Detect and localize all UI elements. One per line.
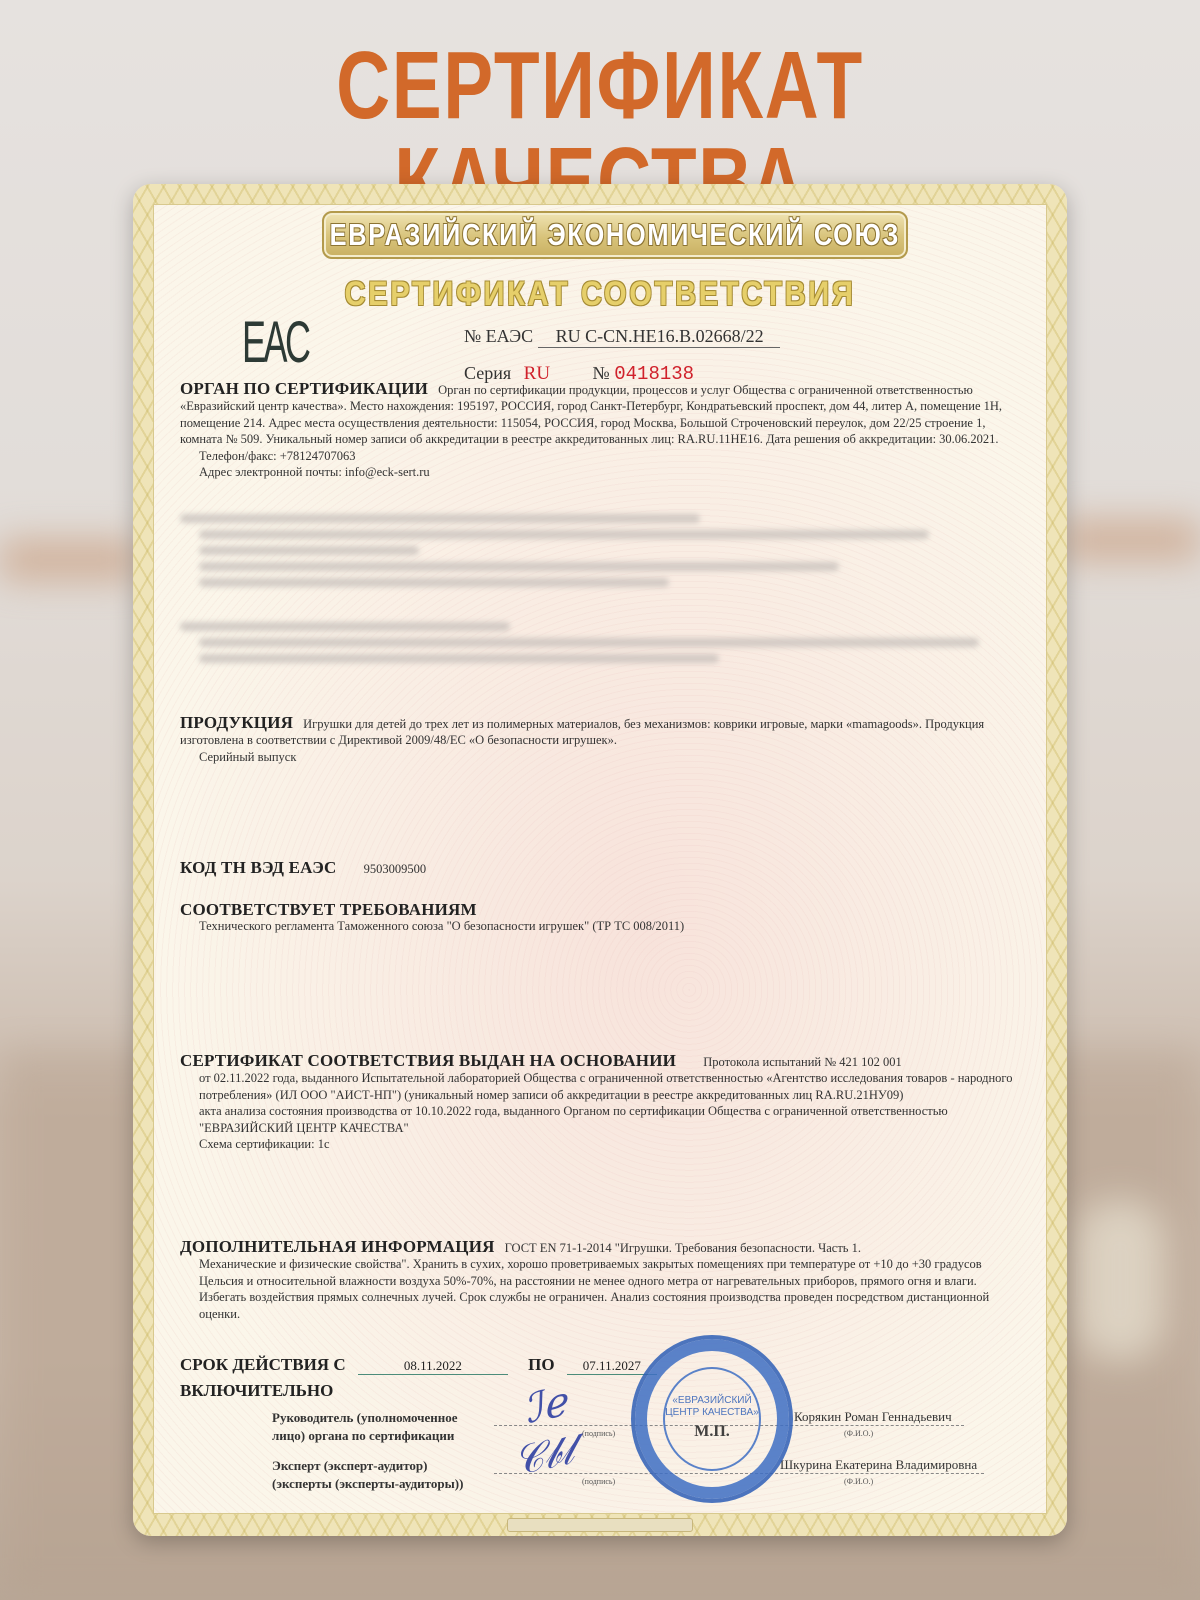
organ-phone: Телефон/факс: +78124707063 <box>180 448 1022 464</box>
validity-to-label: ПО <box>528 1355 554 1374</box>
expert-fio-caption: (Ф.И.О.) <box>844 1477 873 1486</box>
organ-heading: ОРГАН ПО СЕРТИФИКАЦИИ <box>180 379 428 398</box>
section-tnved: КОД ТН ВЭД ЕАЭС 9503009500 <box>180 860 1022 877</box>
section-applicant-redacted <box>180 507 1022 594</box>
background-object <box>1075 1200 1165 1360</box>
basis-text-2: акта анализа состояния производства от 1… <box>180 1103 1022 1136</box>
basis-lead: Протокола испытаний № 421 102 001 <box>703 1055 902 1069</box>
head-name: Корякин Роман Геннадьевич <box>794 1409 952 1425</box>
expert-signature-icon: 𝒞𝒷𝓁 <box>510 1427 578 1484</box>
section-manufacturer-redacted <box>180 615 1022 670</box>
seal-stamp-icon: «ЕВРАЗИЙСКИЙЦЕНТР КАЧЕСТВА» М.П. <box>631 1335 793 1503</box>
certificate-body: ЕВРАЗИЙСКИЙ ЭКОНОМИЧЕСКИЙ СОЮЗ СЕРТИФИКА… <box>153 204 1047 1514</box>
background-shelf <box>0 540 140 580</box>
requirements-heading: СООТВЕТСТВУЕТ ТРЕБОВАНИЯМ <box>180 902 1012 918</box>
union-banner: ЕВРАЗИЙСКИЙ ЭКОНОМИЧЕСКИЙ СОЮЗ <box>322 211 908 259</box>
head-fio-caption: (Ф.И.О.) <box>844 1429 873 1438</box>
document-title: СЕРТИФИКАТ СООТВЕТСТВИЯ <box>216 275 983 314</box>
certificate-document: ЕВРАЗИЙСКИЙ ЭКОНОМИЧЕСКИЙ СОЮЗ СЕРТИФИКА… <box>133 184 1067 1536</box>
product-release: Серийный выпуск <box>180 749 1022 765</box>
head-label-line-1: Руководитель (уполномоченное <box>272 1409 458 1427</box>
section-requirements: СООТВЕТСТВУЕТ ТРЕБОВАНИЯМ Технического р… <box>180 902 1022 935</box>
requirements-text: Технического регламента Таможенного союз… <box>180 918 1022 934</box>
stamp-mp: М.П. <box>635 1423 789 1441</box>
basis-text-1: от 02.11.2022 года, выданного Испытатель… <box>180 1070 1022 1103</box>
series-label: Серия <box>464 363 511 383</box>
additional-lead: ГОСТ EN 71-1-2014 "Игрушки. Требования б… <box>505 1241 861 1255</box>
head-sign-caption: (подпись) <box>582 1429 615 1438</box>
basis-heading: СЕРТИФИКАТ СООТВЕТСТВИЯ ВЫДАН НА ОСНОВАН… <box>180 1051 676 1070</box>
validity-from-value: 08.11.2022 <box>358 1358 508 1375</box>
union-banner-text: ЕВРАЗИЙСКИЙ ЭКОНОМИЧЕСКИЙ СОЮЗ <box>330 217 900 253</box>
head-signature-label: Руководитель (уполномоченное лицо) орган… <box>272 1409 458 1445</box>
basis-scheme: Схема сертификации: 1с <box>180 1136 1022 1152</box>
number-value: RU C-CN.HE16.B.02668/22 <box>538 326 780 348</box>
eac-mark-icon: EAC <box>242 309 309 376</box>
validity-from-label: СРОК ДЕЙСТВИЯ С <box>180 1355 346 1374</box>
expert-sign-caption: (подпись) <box>582 1477 615 1486</box>
number-label: № ЕАЭС <box>464 326 533 346</box>
stamp-line-2: ЦЕНТР КАЧЕСТВА» <box>635 1407 789 1419</box>
section-basis: СЕРТИФИКАТ СООТВЕТСТВИЯ ВЫДАН НА ОСНОВАН… <box>180 1053 1022 1152</box>
section-organ: ОРГАН ПО СЕРТИФИКАЦИИОрган по сертификац… <box>180 381 1022 480</box>
additional-heading: ДОПОЛНИТЕЛЬНАЯ ИНФОРМАЦИЯ <box>180 1237 495 1256</box>
section-additional: ДОПОЛНИТЕЛЬНАЯ ИНФОРМАЦИЯГОСТ EN 71-1-20… <box>180 1239 1022 1322</box>
expert-label-line-1: Эксперт (эксперт-аудитор) <box>272 1457 463 1475</box>
stamp-line-1: «ЕВРАЗИЙСКИЙ <box>635 1395 789 1407</box>
head-signature-icon: ℐℯ <box>520 1379 571 1433</box>
head-label-line-2: лицо) органа по сертификации <box>272 1427 458 1445</box>
printer-plate <box>507 1518 693 1532</box>
serial-label: № <box>593 363 610 383</box>
expert-name: Шкурина Екатерина Владимировна <box>780 1457 977 1473</box>
organ-email: Адрес электронной почты: info@eck-sert.r… <box>180 464 1022 480</box>
certificate-number: № ЕАЭС RU C-CN.HE16.B.02668/22 <box>464 326 780 348</box>
tnved-value: 9503009500 <box>364 862 427 876</box>
product-text: Игрушки для детей до трех лет из полимер… <box>180 717 984 747</box>
expert-signature-label: Эксперт (эксперт-аудитор) (эксперты (экс… <box>272 1457 463 1493</box>
validity-period: СРОК ДЕЙСТВИЯ С 08.11.2022 ПО 07.11.2027… <box>180 1355 673 1401</box>
product-heading: ПРОДУКЦИЯ <box>180 713 293 732</box>
additional-text: Механические и физические свойства". Хра… <box>180 1256 1022 1322</box>
expert-label-line-2: (эксперты (эксперты-аудиторы)) <box>272 1475 463 1493</box>
tnved-heading: КОД ТН ВЭД ЕАЭС <box>180 858 336 877</box>
background-shelf <box>1060 520 1200 560</box>
validity-inclusive: ВКЛЮЧИТЕЛЬНО <box>180 1381 673 1401</box>
section-product: ПРОДУКЦИЯИгрушки для детей до трех лет и… <box>180 715 1022 765</box>
